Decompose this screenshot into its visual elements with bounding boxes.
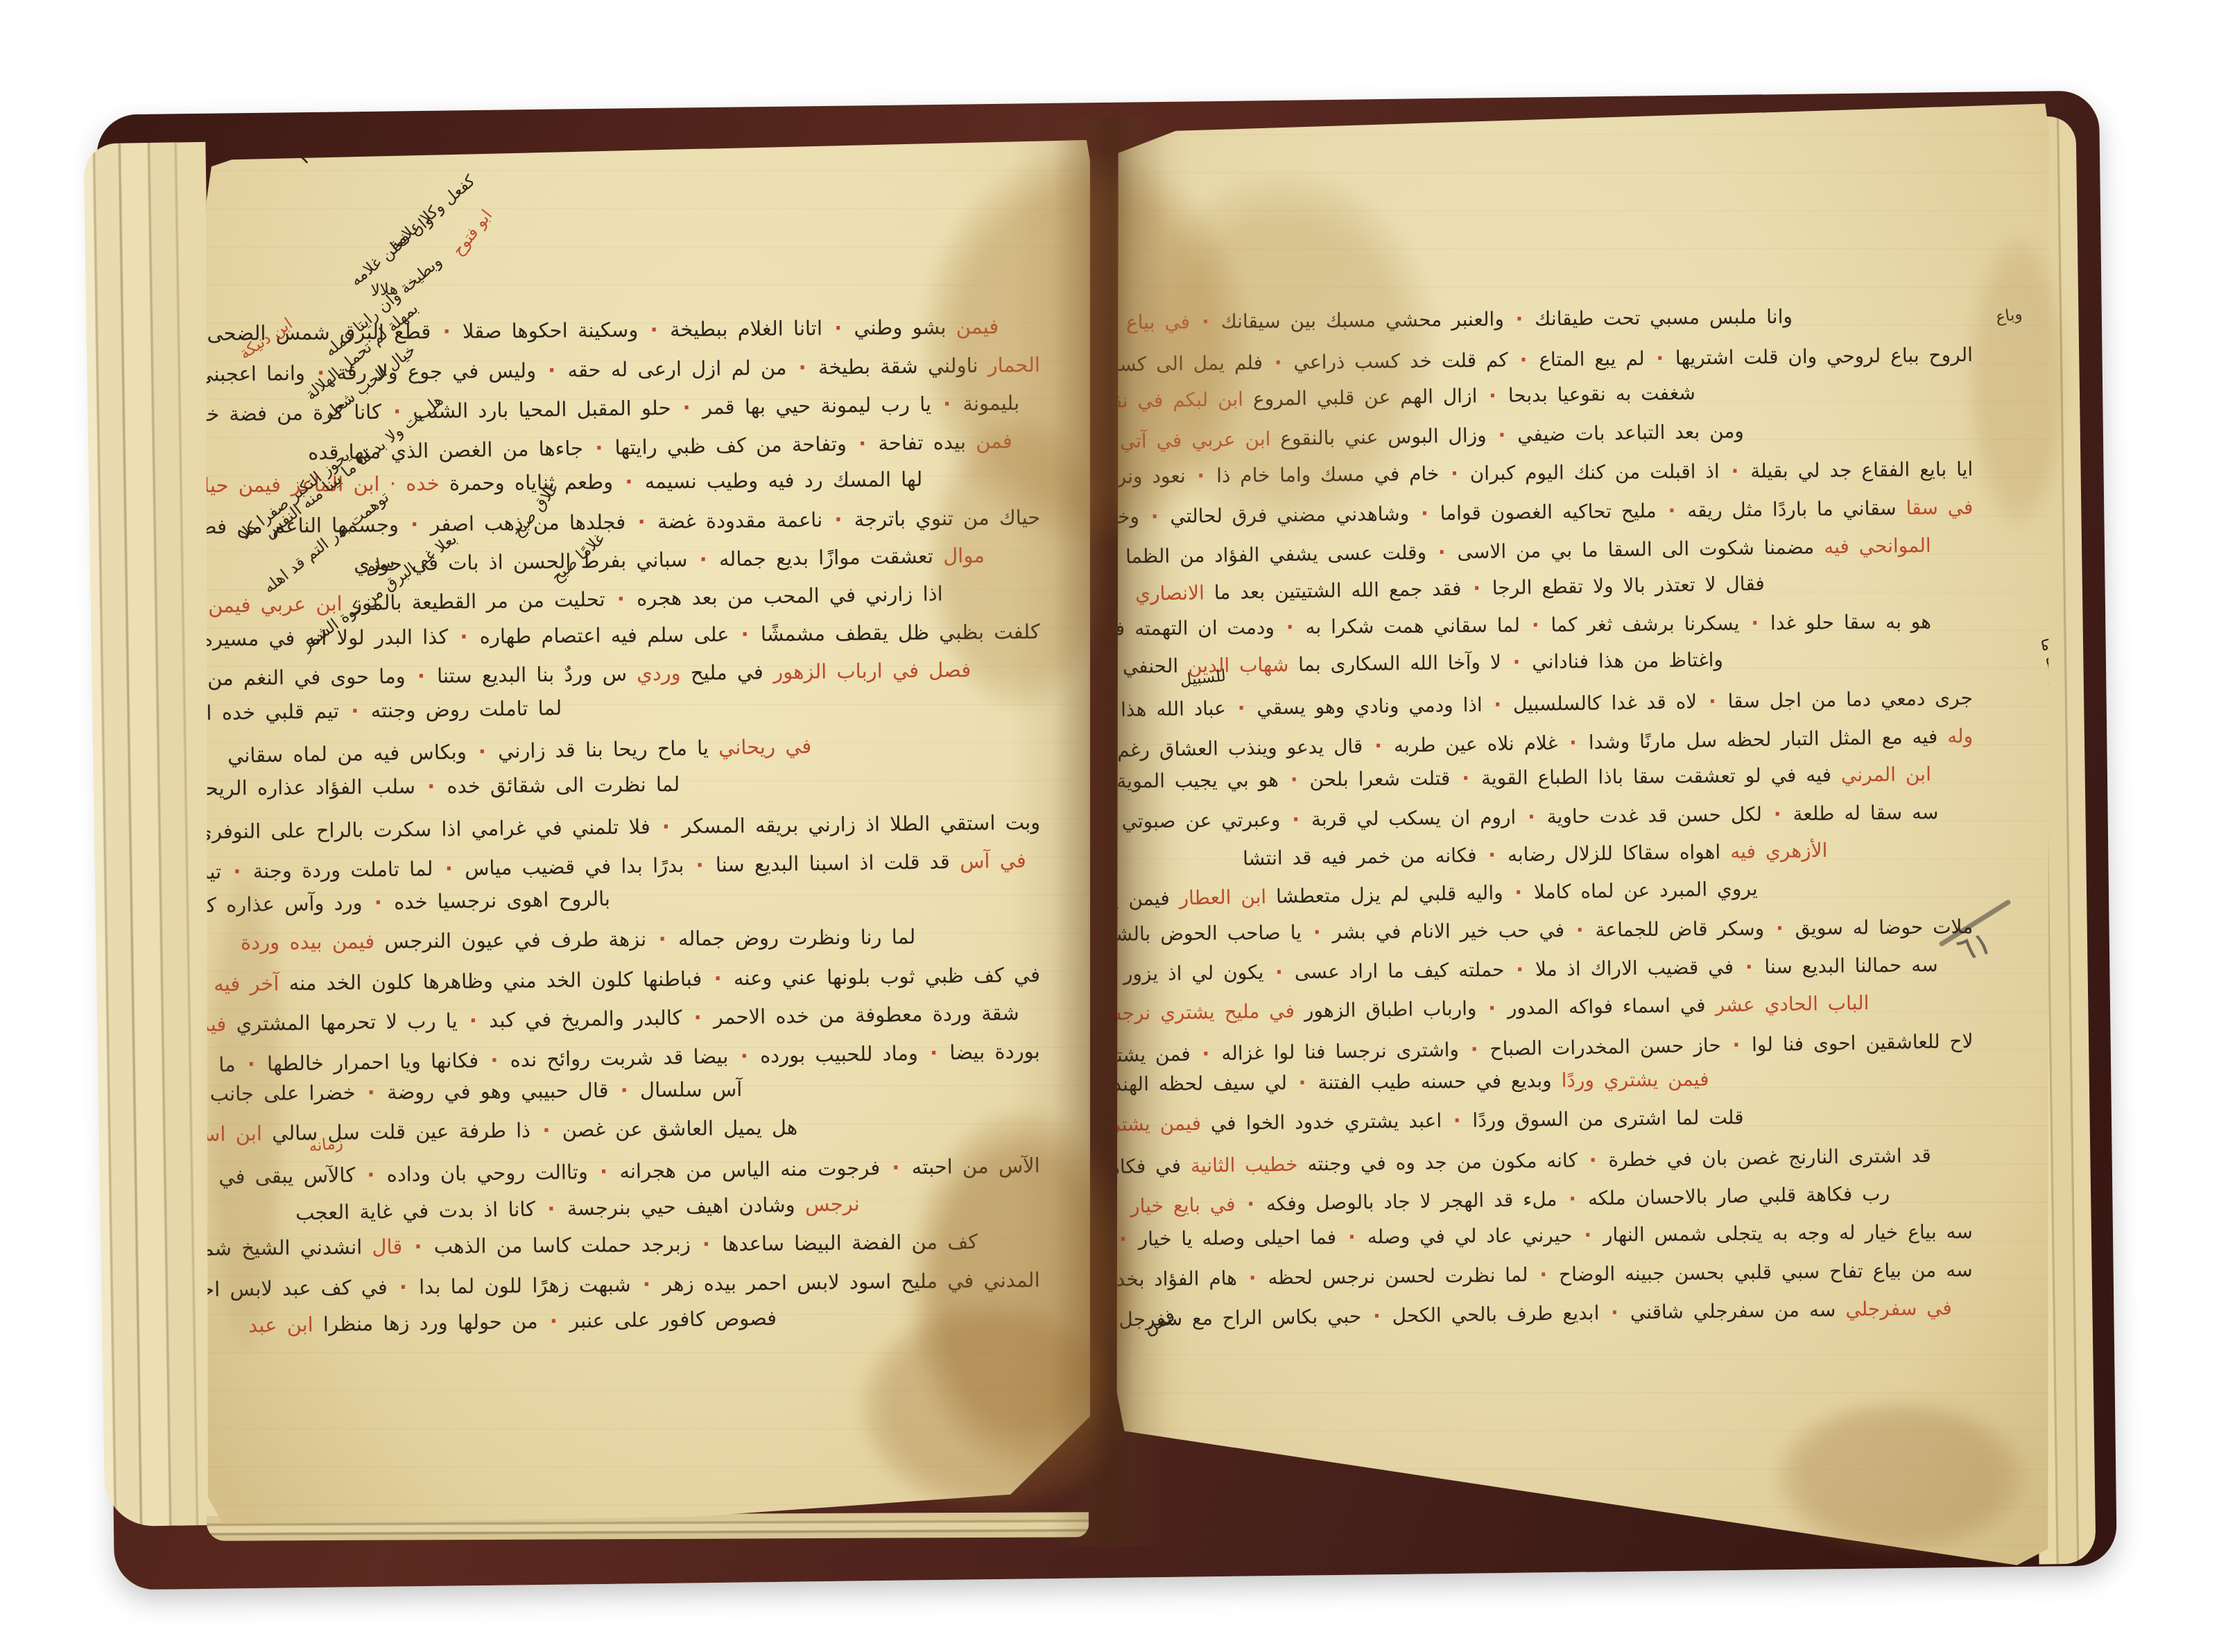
text-line: وبت استقي الطلا اذ زارني بريقه المسكر · … — [205, 810, 1040, 844]
verse-divider-dot: · — [1200, 1042, 1211, 1065]
verse-divider-dot: · — [623, 470, 634, 494]
text-line: هل يميل العاشق عن غصن · ذا طرفة عين قلت … — [205, 1115, 797, 1148]
verse-divider-dot: · — [1297, 1071, 1309, 1094]
verse-divider-dot: · — [832, 316, 844, 340]
text-line: فصوص كافور على عنبر · من حولها ورد زها م… — [248, 1306, 777, 1337]
text-line: لما رنا ونظرت روض جماله · نزهة طرف في عي… — [241, 925, 915, 954]
verse-divider-dot: · — [1117, 1228, 1129, 1251]
verse-divider-dot: · — [1236, 697, 1247, 720]
verse-divider-dot: · — [1492, 693, 1503, 715]
verse-divider-dot: · — [425, 774, 437, 798]
rubric: في سقا — [1896, 496, 1973, 519]
verse-divider-dot: · — [545, 1197, 558, 1220]
rubric: الانصاري — [1135, 581, 1205, 605]
text-line: لما تاملت روض وجنته · تيم قلبي خده الورد… — [205, 696, 562, 725]
verse-divider-dot: · — [1449, 462, 1460, 485]
verse-divider-dot: · — [1538, 1263, 1550, 1286]
text-line: الأزهري فيه اهواه سقاكا للزلال رضابه · ف… — [1243, 839, 1828, 870]
rubric: في مليح يشتري نرجسًا — [1115, 1000, 1295, 1025]
verse-divider-dot: · — [1526, 806, 1537, 828]
verse-divider-dot: · — [1372, 734, 1384, 757]
verse-divider-dot: · — [412, 1235, 424, 1258]
verse-divider-dot: · — [1200, 310, 1211, 333]
text-line: سه حمالنا البديع سنا · في قضيب الاراك اذ… — [1115, 953, 1938, 986]
rubric: فمن — [966, 429, 1012, 453]
verse-divider-dot: · — [635, 510, 647, 533]
verse-divider-dot: · — [1468, 1038, 1480, 1061]
verse-divider-dot: · — [1486, 844, 1498, 867]
verse-divider-dot: · — [680, 396, 693, 419]
verse-divider-dot: · — [1513, 881, 1525, 904]
rubric: وردي — [627, 661, 681, 686]
verse-divider-dot: · — [1749, 611, 1761, 634]
verse-divider-dot: · — [1419, 502, 1431, 525]
verse-divider-dot: · — [476, 740, 488, 763]
verse-divider-dot: · — [615, 587, 628, 611]
rubric: آخر فيه — [214, 971, 279, 995]
verse-divider-dot: · — [245, 1052, 258, 1076]
text-line: ابن المرني فيه في لو تعشقت سقا باذا الطب… — [1115, 763, 1931, 793]
margin-note: وسقا ما — [2037, 636, 2050, 691]
verse-divider-dot: · — [397, 1275, 409, 1298]
text-line: قد اشترى النارنج غصن بان في خطرة · كانه … — [1115, 1144, 1931, 1179]
rubric: موال — [933, 544, 985, 568]
verse-divider-dot: · — [1566, 1187, 1578, 1210]
verse-divider-dot: · — [1195, 464, 1207, 487]
text-line: ايا بايع الفقاع جد لي بقيلة · اذ اقبلت م… — [1115, 458, 1973, 489]
verse-divider-dot: · — [1273, 961, 1285, 984]
text-line: اذا زارني في المحب من بعد هجره · تحليت م… — [205, 582, 943, 620]
text-line: في آس قد قلت اذ اسبنا البديع سنا · بدرًا… — [205, 849, 1026, 886]
text-line: وله فيه مع المثل التبار لحظه سل مارنًا و… — [1117, 724, 1974, 761]
text-line: الروح بباع لروحي وان قلت اشتريها · لم يب… — [1115, 343, 1973, 376]
verse-divider-dot: · — [739, 1044, 751, 1068]
verse-divider-dot: · — [1743, 955, 1755, 978]
text-line: جرى دمعي دما من اجل سقا · لاه قد غدا كال… — [1121, 686, 1973, 721]
rubric: في سفرجلي — [1836, 1296, 1952, 1321]
verse-divider-dot: · — [415, 664, 426, 688]
text-line: آس سلسال · قال حبيبي وهو في روضة · خضرا … — [205, 1077, 742, 1106]
verse-divider-dot: · — [1729, 460, 1741, 482]
rubric: فيمن بيده وردة — [241, 930, 375, 955]
verse-divider-dot: · — [641, 1272, 653, 1296]
verse-divider-dot: · — [660, 815, 672, 838]
verse-divider-dot: · — [231, 860, 243, 883]
verse-divider-dot: · — [1371, 1304, 1383, 1327]
verse-divider-dot: · — [349, 699, 361, 722]
verse-divider-dot: · — [540, 1118, 552, 1142]
text-line: فقال لا تعتذر بالا ولا تقطع الرجا · فقد … — [1135, 572, 1765, 605]
text-line: في ريحاني يا ماح ريحا بنا قد زارني · وبك… — [227, 734, 812, 767]
margin-note: للسبيل — [1179, 667, 1227, 690]
rubric: الحمار — [978, 353, 1040, 377]
rubric: في بياع — [1126, 311, 1190, 334]
rubric: في ريحاني — [708, 734, 811, 759]
text-line: هو به سقا حلو غدا · يسكرنا برشف ثغر كما … — [1115, 610, 1931, 640]
text-line: كف من الفضة البيضا ساعدها · زبرجد حملت ك… — [205, 1230, 978, 1260]
verse-divider-dot: · — [547, 1309, 560, 1332]
rubric: ابن عبد — [248, 1312, 313, 1337]
rubric: في آس — [950, 849, 1026, 873]
rubric: ابن لبكم في نقوعي — [1115, 388, 1243, 412]
verse-divider-dot: · — [1471, 577, 1483, 600]
text-line: رب فكاهة قلبي صار بالاحسان ملكه · ملء قد… — [1130, 1182, 1890, 1217]
verse-divider-dot: · — [1346, 1226, 1358, 1249]
verse-divider-dot: · — [440, 320, 452, 343]
verse-divider-dot: · — [1451, 1109, 1463, 1132]
rubric: الموانحي فيه — [1814, 534, 1931, 558]
text-line: سه من بياع تفاح سبي قلبي بحسن جبينه الوض… — [1115, 1258, 1973, 1292]
verse-divider-dot: · — [1707, 690, 1718, 713]
text-line: بالروح اهوى نرجسيا خده · ورد وآس عذاره ك… — [205, 887, 610, 918]
rubric: وله — [1937, 724, 1974, 748]
verse-divider-dot: · — [598, 1160, 610, 1183]
verse-divider-dot: · — [1530, 614, 1542, 636]
verse-divider-dot: · — [372, 890, 385, 914]
verse-divider-dot: · — [1574, 919, 1586, 941]
text-line: لما نظرت الى شقائق خده · سلب الفؤاد عذار… — [205, 772, 680, 801]
verse-divider-dot: · — [458, 625, 470, 648]
text-line: المدني في مليح اسود لابس احمر بيده زهر ·… — [205, 1268, 1040, 1303]
verse-divider-dot: · — [698, 548, 710, 571]
verse-divider-dot: · — [648, 318, 659, 341]
left-page: ١١٢ فيمن بشو وطني · اتانا الغلام ببطيخة … — [205, 133, 1090, 1528]
text-line: في سفرجلي سه من سفرجلي شاقني · ابديع طرف… — [1115, 1296, 1952, 1334]
verse-divider-dot: · — [365, 1163, 377, 1186]
rubric: ابن العطار — [1170, 885, 1267, 910]
verse-divider-dot: · — [928, 1041, 940, 1064]
manuscript-photo: ١١٢ فيمن بشو وطني · اتانا الغلام ببطيخة … — [0, 0, 2219, 1652]
rubric: نرجس — [795, 1192, 861, 1217]
verse-divider-dot: · — [1487, 384, 1499, 407]
verse-divider-dot: · — [1582, 1224, 1594, 1246]
text-line: ملات حوضا له سويق · وسكر قاض للجماعة · ف… — [1115, 915, 1973, 946]
verse-divider-dot: · — [1245, 1192, 1257, 1215]
verse-divider-dot: · — [1654, 347, 1666, 369]
verse-divider-dot: · — [1771, 803, 1783, 826]
text-line: سه سقا له طلعة · لكل حسن قد غدت حاوية · … — [1115, 801, 1938, 833]
verse-divider-dot: · — [488, 1048, 501, 1072]
text-line: نرجس وشادن اهيف حيي بنرجسة · كانا اذ بدت… — [295, 1192, 860, 1224]
verse-divider-dot: · — [1609, 1301, 1621, 1324]
text-line: قلت لما اشترى من السوق وردًا · اعبد يشتر… — [1115, 1106, 1744, 1136]
rubric: فصل في ارباب الزهور — [763, 658, 971, 684]
verse-divider-dot: · — [467, 1009, 480, 1032]
verse-divider-dot: · — [1567, 731, 1579, 754]
verse-divider-dot: · — [1587, 1149, 1599, 1172]
text-line: الباب الحادي عشر في اسماء فواكه المدور ·… — [1115, 991, 1869, 1025]
rubric: الباب الحادي عشر — [1705, 991, 1869, 1016]
verse-divider-dot: · — [1774, 916, 1786, 939]
verse-divider-dot: · — [797, 356, 809, 379]
rubric: ابن المرني — [1831, 763, 1931, 786]
rubric: فيمن يشتري وردًا — [1552, 1068, 1709, 1092]
verse-divider-dot: · — [656, 927, 668, 950]
verse-divider-dot: · — [1288, 768, 1300, 791]
verse-divider-dot: · — [832, 507, 844, 531]
verse-divider-dot: · — [1666, 499, 1677, 522]
rubric: خطيب الثانية — [1181, 1153, 1298, 1177]
verse-divider-dot: · — [941, 392, 953, 415]
verse-divider-dot: · — [1730, 1034, 1742, 1057]
rubric: الأزهري فيه — [1720, 839, 1827, 863]
text-line: يروي المبرد عن لماه كاملا · واليه قلبي ل… — [1115, 877, 1758, 911]
verse-divider-dot: · — [1247, 1267, 1259, 1289]
verse-divider-dot: · — [1284, 616, 1296, 638]
text-line: فمن بيده تفاحة · وتفاحة من كف ظبي رايتها… — [308, 429, 1012, 464]
verse-divider-dot: · — [1311, 921, 1323, 944]
margin-note: زمانه — [308, 1134, 344, 1156]
verse-divider-dot: · — [408, 512, 420, 536]
text-line: في كف ظبي ثوب بلونها عني وعنه · فباطنها … — [214, 963, 1040, 996]
text-line: فيمن بشو وطني · اتانا الغلام ببطيخة · وس… — [205, 315, 999, 347]
verse-divider-dot: · — [711, 966, 723, 990]
verse-divider-dot: · — [1486, 996, 1498, 1019]
verse-divider-dot: · — [1148, 505, 1160, 528]
text-line: الموانحي فيه مضمنا شكوت الى السقا ما بي … — [1125, 534, 1931, 568]
margin-note: هلالا — [370, 280, 399, 300]
text-line: الآس من احبته · فرجوت منه الياس من هجران… — [205, 1154, 1040, 1189]
verse-divider-dot: · — [856, 431, 869, 455]
rubric: ابن اسرائيل فيمن حيي بغصن — [205, 1122, 262, 1148]
verse-divider-dot: · — [692, 1005, 705, 1029]
rubric: فيمن — [946, 315, 999, 339]
verse-divider-dot: · — [365, 1081, 377, 1104]
text-line: وانا ملبس مسبي تحت طيقانك · والعنبر محشي… — [1126, 305, 1793, 333]
text-line: بوردة بيضا · وماد للحبيب بورده · بيضا قد… — [205, 1039, 1040, 1077]
rubric: فيمن حيا — [205, 1012, 227, 1037]
verse-divider-dot: · — [1518, 348, 1530, 371]
verse-divider-dot: · — [443, 857, 456, 880]
text-line: شقة وردة معطوفة من خده الاحمر · كالبدر و… — [205, 1001, 1019, 1037]
verse-divider-dot: · — [1436, 541, 1448, 564]
text-line: سه بياع خيار له وجه به يتجلى شمس النهار … — [1115, 1220, 1973, 1251]
fore-edge-left — [83, 142, 227, 1527]
verse-divider-dot: · — [1460, 767, 1471, 790]
right-page: فمن ٦١ وانا ملبس مسبي تحت طيقانك · والعن… — [1115, 97, 2050, 1570]
rubric: قال — [362, 1235, 402, 1259]
rubric: ابن عربي فيمن يقطف مشمشًا — [205, 591, 343, 619]
verse-divider-dot: · — [890, 1156, 902, 1179]
text-line: في سقا سقاني ما باردًا مثل ريقه · مليح ت… — [1115, 496, 1973, 530]
verse-divider-dot: · — [700, 1232, 712, 1255]
margin-note: وباع — [1994, 305, 2023, 327]
verse-divider-dot: · — [1514, 958, 1526, 981]
text-line: ومن بعد التباعد بات ضيفي · وزال البوس عن… — [1115, 419, 1744, 453]
corner-annotation: ابو فتوح — [449, 207, 496, 259]
verse-divider-dot: · — [618, 1078, 630, 1102]
verse-divider-dot: · — [1496, 424, 1508, 446]
verse-divider-dot: · — [1510, 650, 1522, 673]
text-line: لاح للعاشقين احوى فنا لوا · حاز حسن المخ… — [1115, 1029, 1973, 1069]
text-line: شغفت به نقوعيا بدبحا · ازال الهم عن قلبي… — [1115, 381, 1695, 412]
verse-divider-dot: · — [593, 436, 605, 460]
rubric: ابن عربي في آتي فقاع — [1115, 427, 1271, 453]
text-line: فصل في ارباب الزهور في مليح وردي س وردٌ … — [205, 658, 971, 690]
verse-divider-dot: · — [694, 853, 707, 876]
verse-divider-dot: · — [739, 623, 751, 646]
verse-divider-dot: · — [1290, 808, 1302, 831]
text-line: فيمن يشتري وردًا وبديع في حسنه طيب الفتن… — [1115, 1068, 1709, 1096]
verse-divider-dot: · — [1272, 351, 1284, 374]
rubric: فيمن يشتري نارنجا — [1115, 1112, 1202, 1137]
rubric: في بايع خيار — [1130, 1193, 1236, 1218]
verse-divider-dot: · — [1514, 307, 1526, 330]
verse-divider-dot: · — [546, 358, 558, 382]
